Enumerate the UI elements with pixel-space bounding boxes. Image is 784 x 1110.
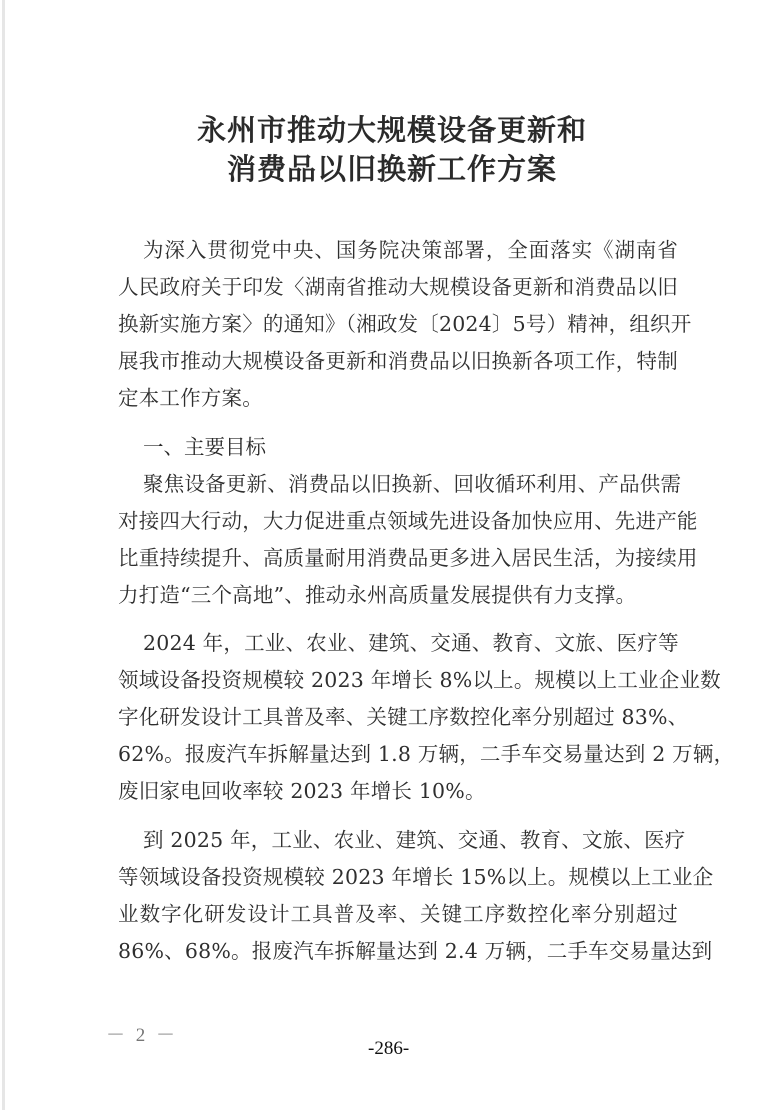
goal-line: 聚焦设备更新、消费品以旧换新、回收循环利用、产品供需 [143,467,678,497]
target-2024-line: 字化研发设计工具普及率、关键工序数控化率分别超过 83%、 [118,700,678,730]
target-2025-line: 业数字化研发设计工具普及率、关键工序数控化率分别超过 [118,897,678,927]
section-heading-main-goals: 一、主要目标 [143,430,266,460]
intro-line: 展我市推动大规模设备更新和消费品以旧换新各项工作，特制 [118,344,678,374]
intro-line: 换新实施方案〉的通知》（湘政发〔2024〕5号）精神，组织开 [118,307,678,337]
document-page: 永州市推动大规模设备更新和 消费品以旧换新工作方案 为深入贯彻党中央、国务院决策… [0,0,784,1110]
target-2024-line: 废旧家电回收率较 2023 年增长 10%。 [118,774,678,804]
intro-line: 定本工作方案。 [118,381,678,411]
document-title-line-1: 永州市推动大规模设备更新和 [0,108,784,149]
goal-line: 力打造“三个高地”、推动永州高质量发展提供有力支撑。 [118,578,678,608]
intro-line: 为深入贯彻党中央、国务院决策部署，全面落实《湖南省 [143,233,678,263]
goal-line: 比重持续提升、高质量耐用消费品更多进入居民生活，为接续用 [118,541,678,571]
target-2024-line: 2024 年，工业、农业、建筑、交通、教育、文旅、医疗等 [143,626,678,656]
document-title-line-2: 消费品以旧换新工作方案 [0,147,784,188]
target-2025-line: 86%、68%。报废汽车拆解量达到 2.4 万辆，二手车交易量达到 [118,934,678,964]
footer-page-number: -286- [368,1038,409,1060]
target-2025-line: 到 2025 年，工业、农业、建筑、交通、教育、文旅、医疗 [143,823,678,853]
target-2024-line: 62%。报废汽车拆解量达到 1.8 万辆，二手车交易量达到 2 万辆， [118,737,678,767]
target-2025-line: 等领域设备投资规模较 2023 年增长 15%以上。规模以上工业企 [118,860,678,890]
target-2024-line: 领域设备投资规模较 2023 年增长 8%以上。规模以上工业企业数 [118,663,678,693]
page-number: － 2 － [106,1020,178,1047]
goal-line: 对接四大行动，大力促进重点领域先进设备加快应用、先进产能 [118,504,678,534]
intro-line: 人民政府关于印发〈湖南省推动大规模设备更新和消费品以旧 [118,270,678,300]
